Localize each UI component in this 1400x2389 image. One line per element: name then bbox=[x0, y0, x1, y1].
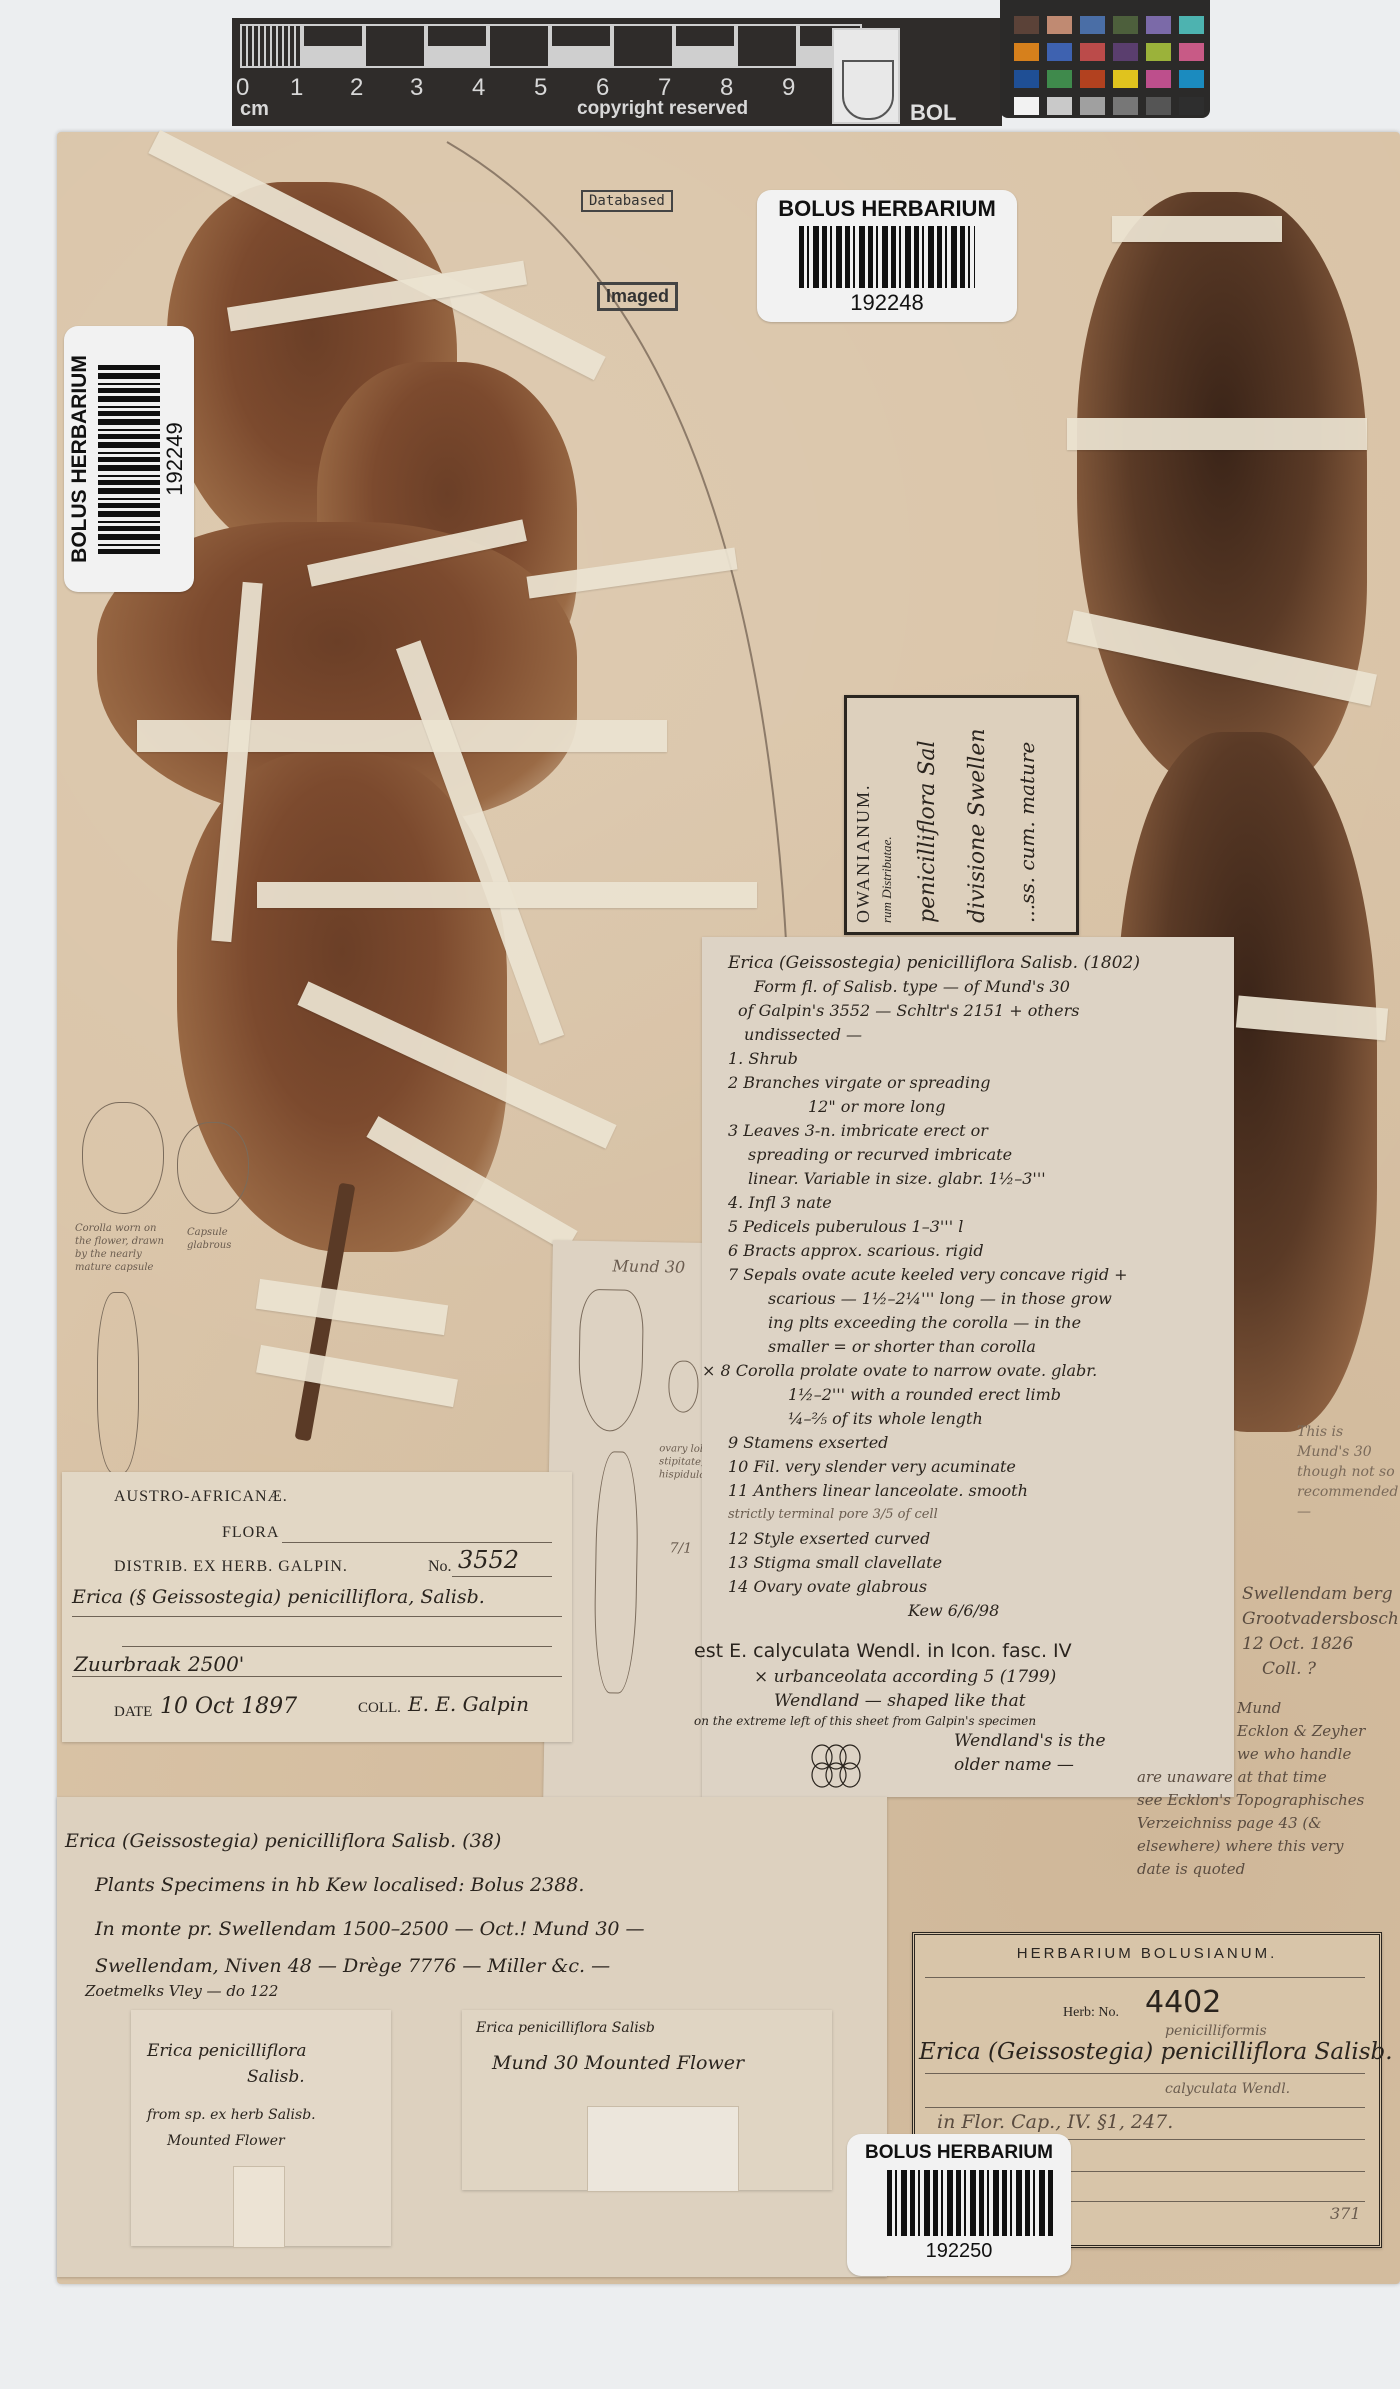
taxon-name: Erica (§ Geissostegia) penicilliflora, S… bbox=[72, 1586, 485, 1608]
color-swatch bbox=[1113, 70, 1138, 88]
label-line: penicilliflora Sal bbox=[915, 740, 940, 923]
color-swatch bbox=[1047, 97, 1072, 115]
label-no: No. bbox=[428, 1558, 452, 1576]
barcode-label-192249: BOLUS HERBARIUM 192249 bbox=[64, 326, 194, 592]
color-swatch bbox=[1014, 16, 1039, 34]
note-line: In monte pr. Swellendam 1500–2500 — Oct.… bbox=[65, 1907, 645, 1951]
annotation-line: × urbanceolata according 5 (1799) bbox=[694, 1665, 1106, 1689]
barcode-title: BOLUS HERBARIUM bbox=[847, 2142, 1071, 2164]
color-swatch bbox=[1179, 97, 1204, 115]
tick-label: 4 bbox=[472, 74, 485, 102]
color-swatch bbox=[1047, 16, 1072, 34]
color-swatch bbox=[1179, 70, 1204, 88]
mounting-pocket bbox=[233, 2166, 285, 2248]
note-line: Grootvadersbosch bbox=[1242, 1607, 1399, 1632]
note-line: 4. Infl 3 nate bbox=[728, 1191, 1140, 1215]
corolla-drawing-icon bbox=[578, 1289, 644, 1432]
note-line: 1. Shrub bbox=[728, 1047, 1140, 1071]
annotation-line: older name — bbox=[694, 1753, 1106, 1777]
note-line: of Galpin's 3552 — Schltr's 2151 + other… bbox=[728, 999, 1140, 1023]
kew-description-notes: Erica (Geissostegia) penicilliflora Sali… bbox=[702, 937, 1234, 1797]
note-line: Ecklon & Zeyher bbox=[1107, 1720, 1365, 1743]
label-header: HERBARIUM BOLUSIANUM. bbox=[915, 1945, 1379, 1962]
tick-label: 2 bbox=[350, 74, 363, 102]
mounting-tape bbox=[1112, 216, 1282, 242]
color-swatch bbox=[1080, 43, 1105, 61]
centimeter-ruler bbox=[240, 24, 868, 68]
tick-label: 1 bbox=[290, 74, 303, 102]
mounting-pocket bbox=[587, 2106, 739, 2192]
galpin-collector-label: AUSTRO-AFRICANÆ. FLORA DISTRIB. EX HERB.… bbox=[62, 1472, 572, 1742]
color-swatch bbox=[1014, 97, 1039, 115]
note-line: 11 Anthers linear lanceolate. smooth bbox=[728, 1479, 1140, 1503]
color-swatch bbox=[1080, 70, 1105, 88]
note-line: Erica (Geissostegia) penicilliflora Sali… bbox=[728, 951, 1140, 975]
note-line: linear. Variable in size. glabr. 1½–3''' bbox=[728, 1167, 1140, 1191]
note-line: ¼–⅖ of its whole length bbox=[728, 1407, 1140, 1431]
packet-line: Mounted Flower bbox=[147, 2128, 316, 2154]
note-date: Kew 6/6/98 bbox=[728, 1599, 1140, 1623]
note-line: 12 Oct. 1826 bbox=[1242, 1632, 1399, 1657]
stamen-drawing-icon bbox=[593, 1451, 639, 1694]
right-margin-note-top: This is Mund's 30 though not so recommen… bbox=[1297, 1422, 1400, 1522]
color-swatch bbox=[1047, 70, 1072, 88]
note-line: strictly terminal pore 3/5 of cell bbox=[728, 1503, 1140, 1527]
reference: in Flor. Cap., IV. §1, 247. bbox=[937, 2111, 1173, 2133]
herb-number: 4402 bbox=[1145, 1985, 1221, 2020]
herb-no-label: Herb: No. bbox=[1063, 2005, 1119, 2021]
taxon-correction: penicilliformis bbox=[1165, 2025, 1267, 2038]
label-flora: FLORA bbox=[222, 1524, 279, 1542]
label-line: ...ss. cum. mature bbox=[1015, 742, 1039, 923]
barcode-label-192250: BOLUS HERBARIUM 192250 bbox=[847, 2134, 1071, 2276]
note-line: 12" or more long bbox=[728, 1095, 1140, 1119]
note-line: 2 Branches virgate or spreading bbox=[728, 1071, 1140, 1095]
note-line: Form fl. of Salisb. type — of Mund's 30 bbox=[728, 975, 1140, 999]
imaged-stamp: Imaged bbox=[597, 282, 678, 311]
institution-code: BOL bbox=[910, 100, 956, 126]
color-swatch bbox=[1146, 97, 1171, 115]
taxon-correction: calyculata Wendl. bbox=[1165, 2083, 1290, 2096]
anther-drawing-icon bbox=[97, 1292, 139, 1474]
note-line: Erica (Geissostegia) penicilliflora Sali… bbox=[65, 1819, 645, 1863]
packet-line: Salisb. bbox=[147, 2064, 316, 2090]
color-swatch bbox=[1179, 16, 1204, 34]
packet-line: Mund 30 Mounted Flower bbox=[492, 2052, 744, 2074]
color-swatch bbox=[1014, 43, 1039, 61]
drawing-title: Mund 30 bbox=[612, 1259, 685, 1273]
note-line: date is quoted bbox=[1107, 1858, 1365, 1881]
copyright-text: copyright reserved bbox=[577, 98, 748, 120]
note-line: Verzeichniss page 43 (& bbox=[1107, 1812, 1365, 1835]
collection-date: 10 Oct 1897 bbox=[160, 1694, 297, 1719]
note-line: 5 Pedicels puberulous 1–3''' l bbox=[728, 1215, 1140, 1239]
barcode-title: BOLUS HERBARIUM bbox=[757, 196, 1017, 222]
tick-label: 5 bbox=[534, 74, 547, 102]
note-line: elsewhere) where this very bbox=[1107, 1835, 1365, 1858]
unit-label: cm bbox=[240, 98, 269, 121]
mounting-tape bbox=[257, 882, 757, 908]
note-line: 1½–2''' with a rounded erect limb bbox=[728, 1383, 1140, 1407]
drawing-scale: 7/1 bbox=[669, 1542, 692, 1555]
note-line: 10 Fil. very slender very acuminate bbox=[728, 1455, 1140, 1479]
barcode-label-192248: BOLUS HERBARIUM 192248 bbox=[757, 190, 1017, 322]
color-swatch bbox=[1113, 43, 1138, 61]
note-line: recommended — bbox=[1297, 1482, 1400, 1522]
scale-bar: 0 1 2 3 4 5 6 7 8 9 10 cm copyright rese… bbox=[232, 18, 1002, 126]
drawing-note: Corolla worn on the flower, drawn by the… bbox=[75, 1222, 170, 1274]
packet-line: Erica penicilliflora Salisb bbox=[476, 2020, 655, 2036]
note-line: 13 Stigma small clavellate bbox=[728, 1551, 1140, 1575]
collector-name: E. E. Galpin bbox=[408, 1692, 529, 1716]
label-header: OWANIANUM. bbox=[853, 784, 874, 924]
sheet-number: 371 bbox=[1330, 2207, 1361, 2220]
tick-label: 3 bbox=[410, 74, 423, 102]
note-line: we who handle bbox=[1107, 1743, 1365, 1766]
note-line: 3 Leaves 3-n. imbricate erect or bbox=[728, 1119, 1140, 1143]
barcode-icon bbox=[887, 2170, 1055, 2236]
note-line: 7 Sepals ovate acute keeled very concave… bbox=[728, 1263, 1140, 1287]
color-calibration-chart bbox=[1000, 0, 1210, 118]
tick-label: 9 bbox=[782, 74, 795, 102]
note-line: × 8 Corolla prolate ovate to narrow ovat… bbox=[702, 1359, 1140, 1383]
right-margin-note-middle: Swellendam berg Grootvadersbosch 12 Oct.… bbox=[1242, 1582, 1399, 1682]
packet-line: from sp. ex herb Salisb. bbox=[147, 2102, 316, 2128]
color-swatch bbox=[1146, 70, 1171, 88]
flower-packet-1: Erica penicilliflora Salisb. from sp. ex… bbox=[131, 2010, 391, 2246]
note-line: Zoetmelks Vley — do 122 bbox=[65, 1981, 645, 2001]
specimen-right bbox=[1077, 192, 1367, 792]
color-swatch bbox=[1047, 43, 1072, 61]
note-line: Swellendam berg bbox=[1242, 1582, 1399, 1607]
mounting-tape bbox=[137, 720, 667, 752]
color-swatch bbox=[1146, 43, 1171, 61]
barcode-number: 192248 bbox=[757, 290, 1017, 316]
note-line: This is bbox=[1297, 1422, 1400, 1442]
label-line: divisione Swellen bbox=[965, 728, 990, 923]
label-date: DATE bbox=[114, 1704, 152, 1721]
note-line: 6 Bracts approx. scarious. rigid bbox=[728, 1239, 1140, 1263]
databased-stamp: Databased bbox=[581, 190, 673, 212]
barcode-icon bbox=[98, 364, 160, 554]
ovary-drawing-icon bbox=[668, 1360, 699, 1413]
note-line: see Ecklon's Topographisches bbox=[1107, 1789, 1365, 1812]
note-line: 14 Ovary ovate glabrous bbox=[728, 1575, 1140, 1599]
taxon-name: Erica (Geissostegia) penicilliflora Sali… bbox=[919, 2039, 1393, 2065]
university-crest-icon bbox=[832, 28, 900, 124]
flower-packet-2: Erica penicilliflora Salisb Mund 30 Moun… bbox=[462, 2010, 832, 2190]
note-line: smaller = or shorter than corolla bbox=[728, 1335, 1140, 1359]
drawing-note: Capsule glabrous bbox=[187, 1226, 247, 1252]
note-line: Coll. ? bbox=[1242, 1657, 1399, 1682]
color-swatch bbox=[1179, 43, 1204, 61]
note-line: 9 Stamens exserted bbox=[728, 1431, 1140, 1455]
right-margin-note-bottom: Mund Ecklon & Zeyher we who handle are u… bbox=[1107, 1697, 1365, 1881]
barcode-icon bbox=[799, 226, 975, 288]
barcode-number: 192250 bbox=[847, 2240, 1071, 2263]
note-line: 12 Style exserted curved bbox=[728, 1527, 1140, 1551]
note-line: Mund's 30 bbox=[1297, 1442, 1400, 1462]
packet-line: Erica penicilliflora bbox=[147, 2038, 316, 2064]
color-swatch bbox=[1113, 16, 1138, 34]
note-line: Swellendam, Niven 48 — Drège 7776 — Mill… bbox=[65, 1951, 645, 1981]
color-swatch bbox=[1113, 97, 1138, 115]
label-header: AUSTRO-AFRICANÆ. bbox=[114, 1488, 288, 1506]
color-swatch bbox=[1080, 97, 1105, 115]
note-line: though not so bbox=[1297, 1462, 1400, 1482]
annotation-line: est E. calyculata Wendl. in Icon. fasc. … bbox=[694, 1637, 1106, 1665]
note-line: Mund bbox=[1107, 1697, 1365, 1720]
flower-drawing-icon bbox=[82, 1102, 164, 1214]
note-line: ing plts exceeding the corolla — in the bbox=[728, 1311, 1140, 1335]
mounting-tape bbox=[1067, 418, 1367, 450]
color-swatch bbox=[1146, 16, 1171, 34]
herbarium-sheet: Databased Imaged BOLUS HERBARIUM 192248 … bbox=[57, 132, 1400, 2284]
annotation-line: on the extreme left of this sheet from G… bbox=[694, 1713, 1106, 1729]
capsule-drawing-icon bbox=[177, 1122, 249, 1214]
note-line: are unaware at that time bbox=[1107, 1766, 1365, 1789]
scribble-icon bbox=[802, 1737, 882, 1797]
label-distrib: DISTRIB. EX HERB. GALPIN. bbox=[114, 1558, 348, 1576]
collection-number: 3552 bbox=[458, 1546, 519, 1574]
barcode-title: BOLUS HERBARIUM bbox=[68, 326, 92, 592]
note-line: Plants Specimens in hb Kew localised: Bo… bbox=[65, 1863, 645, 1907]
note-line: undissected — bbox=[728, 1023, 1140, 1047]
locality: Zuurbraak 2500' bbox=[74, 1652, 244, 1676]
macowan-label: OWANIANUM. rum Distributae. penicilliflo… bbox=[844, 695, 1079, 935]
annotation-line: Wendland's is the bbox=[694, 1729, 1106, 1753]
label-subheader: rum Distributae. bbox=[879, 836, 895, 923]
color-swatch bbox=[1014, 70, 1039, 88]
label-coll: COLL. bbox=[358, 1700, 401, 1717]
color-swatch bbox=[1080, 16, 1105, 34]
note-line: scarious — 1½–2¼''' long — in those grow bbox=[728, 1287, 1140, 1311]
barcode-number: 192249 bbox=[162, 326, 188, 592]
annotation-line: Wendland — shaped like that bbox=[694, 1689, 1106, 1713]
note-line: spreading or recurved imbricate bbox=[728, 1143, 1140, 1167]
